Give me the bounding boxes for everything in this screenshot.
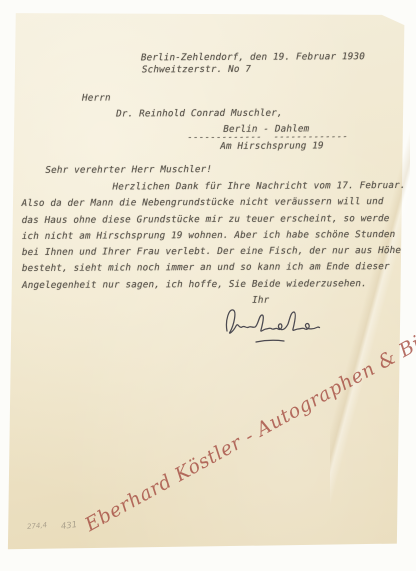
salutation-line: Sehr verehrter Herr Muschler!	[45, 164, 212, 176]
body-line: das Haus ohne diese Grundstücke mir zu t…	[22, 213, 390, 226]
body-line: ich nicht am Hirschsprung 19 wohnen. Abe…	[22, 229, 396, 242]
body-line: Angelegenheit nur sagen, ich hoffe, Sie …	[22, 278, 367, 291]
signature-underline-stroke	[256, 340, 284, 342]
recipient-prefix: Herrn	[82, 93, 111, 104]
recipient-address: Am Hirschsprung 19	[220, 140, 324, 152]
typewritten-text-layer: Berlin-Zehlendorf, den 19. Februar 1930 …	[0, 0, 416, 571]
body-line: besteht, sieht mich noch immer an und so…	[22, 261, 390, 274]
letterhead-place-date: Berlin-Zehlendorf, den 19. Februar 1930	[141, 51, 365, 63]
body-line: Herzlichen Dank für Ihre Nachricht vom 1…	[112, 180, 405, 193]
scanned-letter: Berlin-Zehlendorf, den 19. Februar 1930 …	[0, 0, 416, 571]
handwritten-signature	[220, 300, 332, 350]
letterhead-street: Schweitzerstr. No 7	[142, 64, 251, 76]
body-line: bei Ihnen und Ihrer Frau verlebt. Der ei…	[22, 245, 401, 258]
recipient-name: Dr. Reinhold Conrad Muschler,	[116, 108, 283, 120]
pencil-note-right: 431	[60, 520, 77, 532]
signature-stroke	[226, 310, 319, 333]
body-line: Also da der Mann die Nebengrundstücke ni…	[22, 196, 384, 209]
